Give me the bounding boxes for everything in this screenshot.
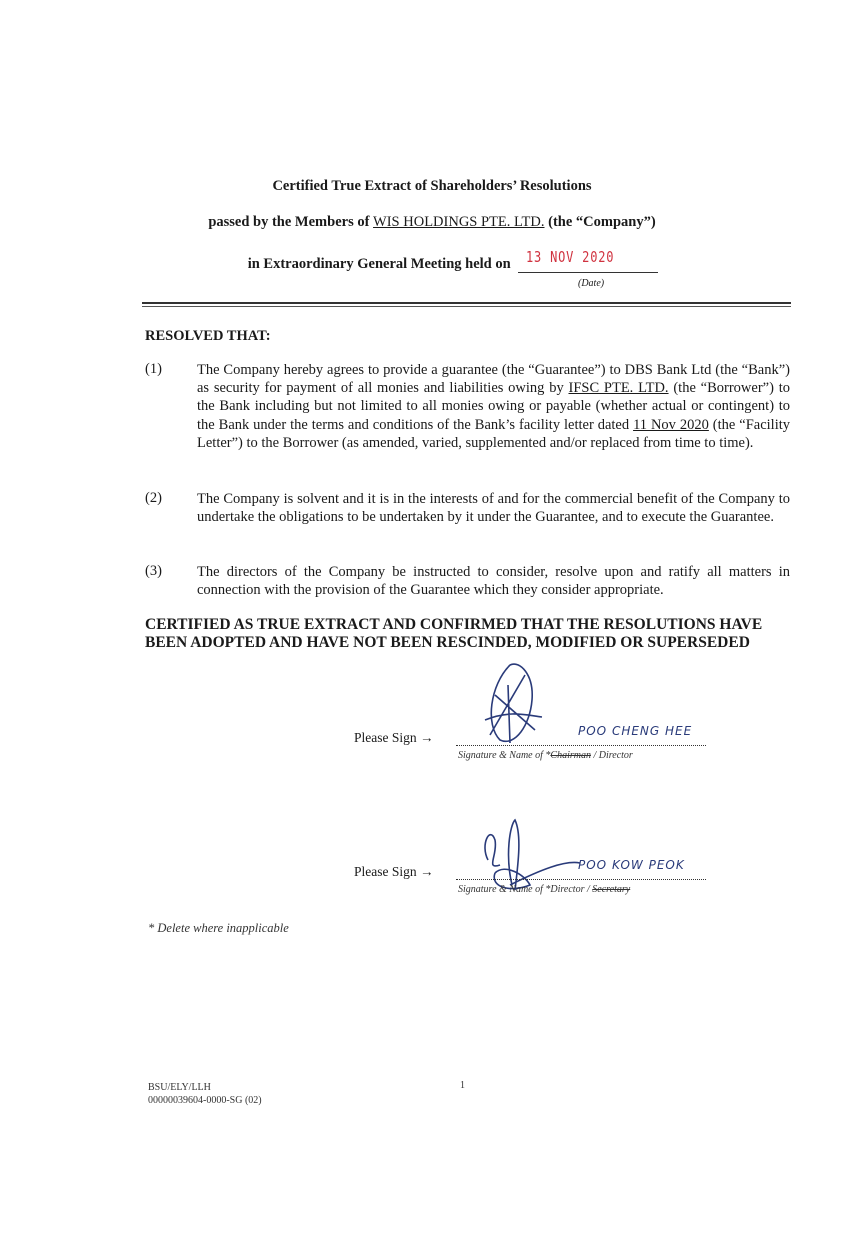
signatory-name-2: POO KOW PEOK [578, 858, 685, 872]
divider-thick [142, 302, 791, 304]
signature-scribble-2 [470, 815, 590, 910]
document-title: Certified True Extract of Shareholders’ … [0, 178, 864, 195]
footnote: * Delete where inapplicable [148, 921, 289, 936]
resolved-heading: RESOLVED THAT: [145, 328, 271, 345]
members-line: passed by the Members of WIS HOLDINGS PT… [0, 214, 864, 231]
certification-statement: CERTIFIED AS TRUE EXTRACT AND CONFIRMED … [145, 616, 793, 652]
resolution-text-1: The Company hereby agrees to provide a g… [197, 361, 790, 452]
signatory-name-1: POO CHENG HEE [578, 724, 692, 738]
divider-thin [142, 306, 791, 307]
resolution-text-3: The directors of the Company be instruct… [197, 563, 790, 599]
document-number: 00000039604-0000-SG (02) [148, 1095, 262, 1106]
signature-caption-1: Signature & Name of *Chairman / Director [458, 750, 633, 761]
company-name: WIS HOLDINGS PTE. LTD. [373, 214, 544, 230]
meeting-line-prefix: in Extraordinary General Meeting held on [248, 256, 511, 272]
resolution-text-2: The Company is solvent and it is in the … [197, 490, 790, 526]
caption-1-prefix: Signature & Name of * [458, 750, 550, 761]
signature-caption-2: Signature & Name of *Director / Secretar… [458, 884, 630, 895]
signature-line-1[interactable] [456, 744, 706, 746]
caption-1-suffix: / Director [591, 750, 633, 761]
borrower-name: IFSC PTE. LTD. [568, 380, 668, 396]
members-line-prefix: passed by the Members of [208, 214, 373, 230]
signature-line-2[interactable] [456, 878, 706, 880]
members-line-suffix: (the “Company”) [545, 214, 656, 230]
please-sign-label-2: Please Sign → [354, 864, 434, 880]
page-number: 1 [460, 1080, 465, 1091]
reference-code: BSU/ELY/LLH [148, 1082, 211, 1093]
date-caption: (Date) [578, 278, 604, 289]
meeting-date-field: 13 NOV 2020 [518, 254, 658, 273]
meeting-line: in Extraordinary General Meeting held on… [0, 254, 864, 273]
date-stamp: 13 NOV 2020 [526, 248, 614, 266]
please-sign-label-1: Please Sign → [354, 730, 434, 746]
signature-scribble-1 [470, 655, 560, 750]
resolution-number-2: (2) [145, 490, 162, 507]
resolution-number-1: (1) [145, 361, 162, 378]
caption-2-prefix: Signature & Name of *Director / [458, 884, 592, 895]
facility-letter-date: 11 Nov 2020 [633, 417, 709, 433]
resolution-number-3: (3) [145, 563, 162, 580]
caption-1-struck: Chairman [550, 750, 591, 761]
caption-2-struck: Secretary [592, 884, 630, 895]
